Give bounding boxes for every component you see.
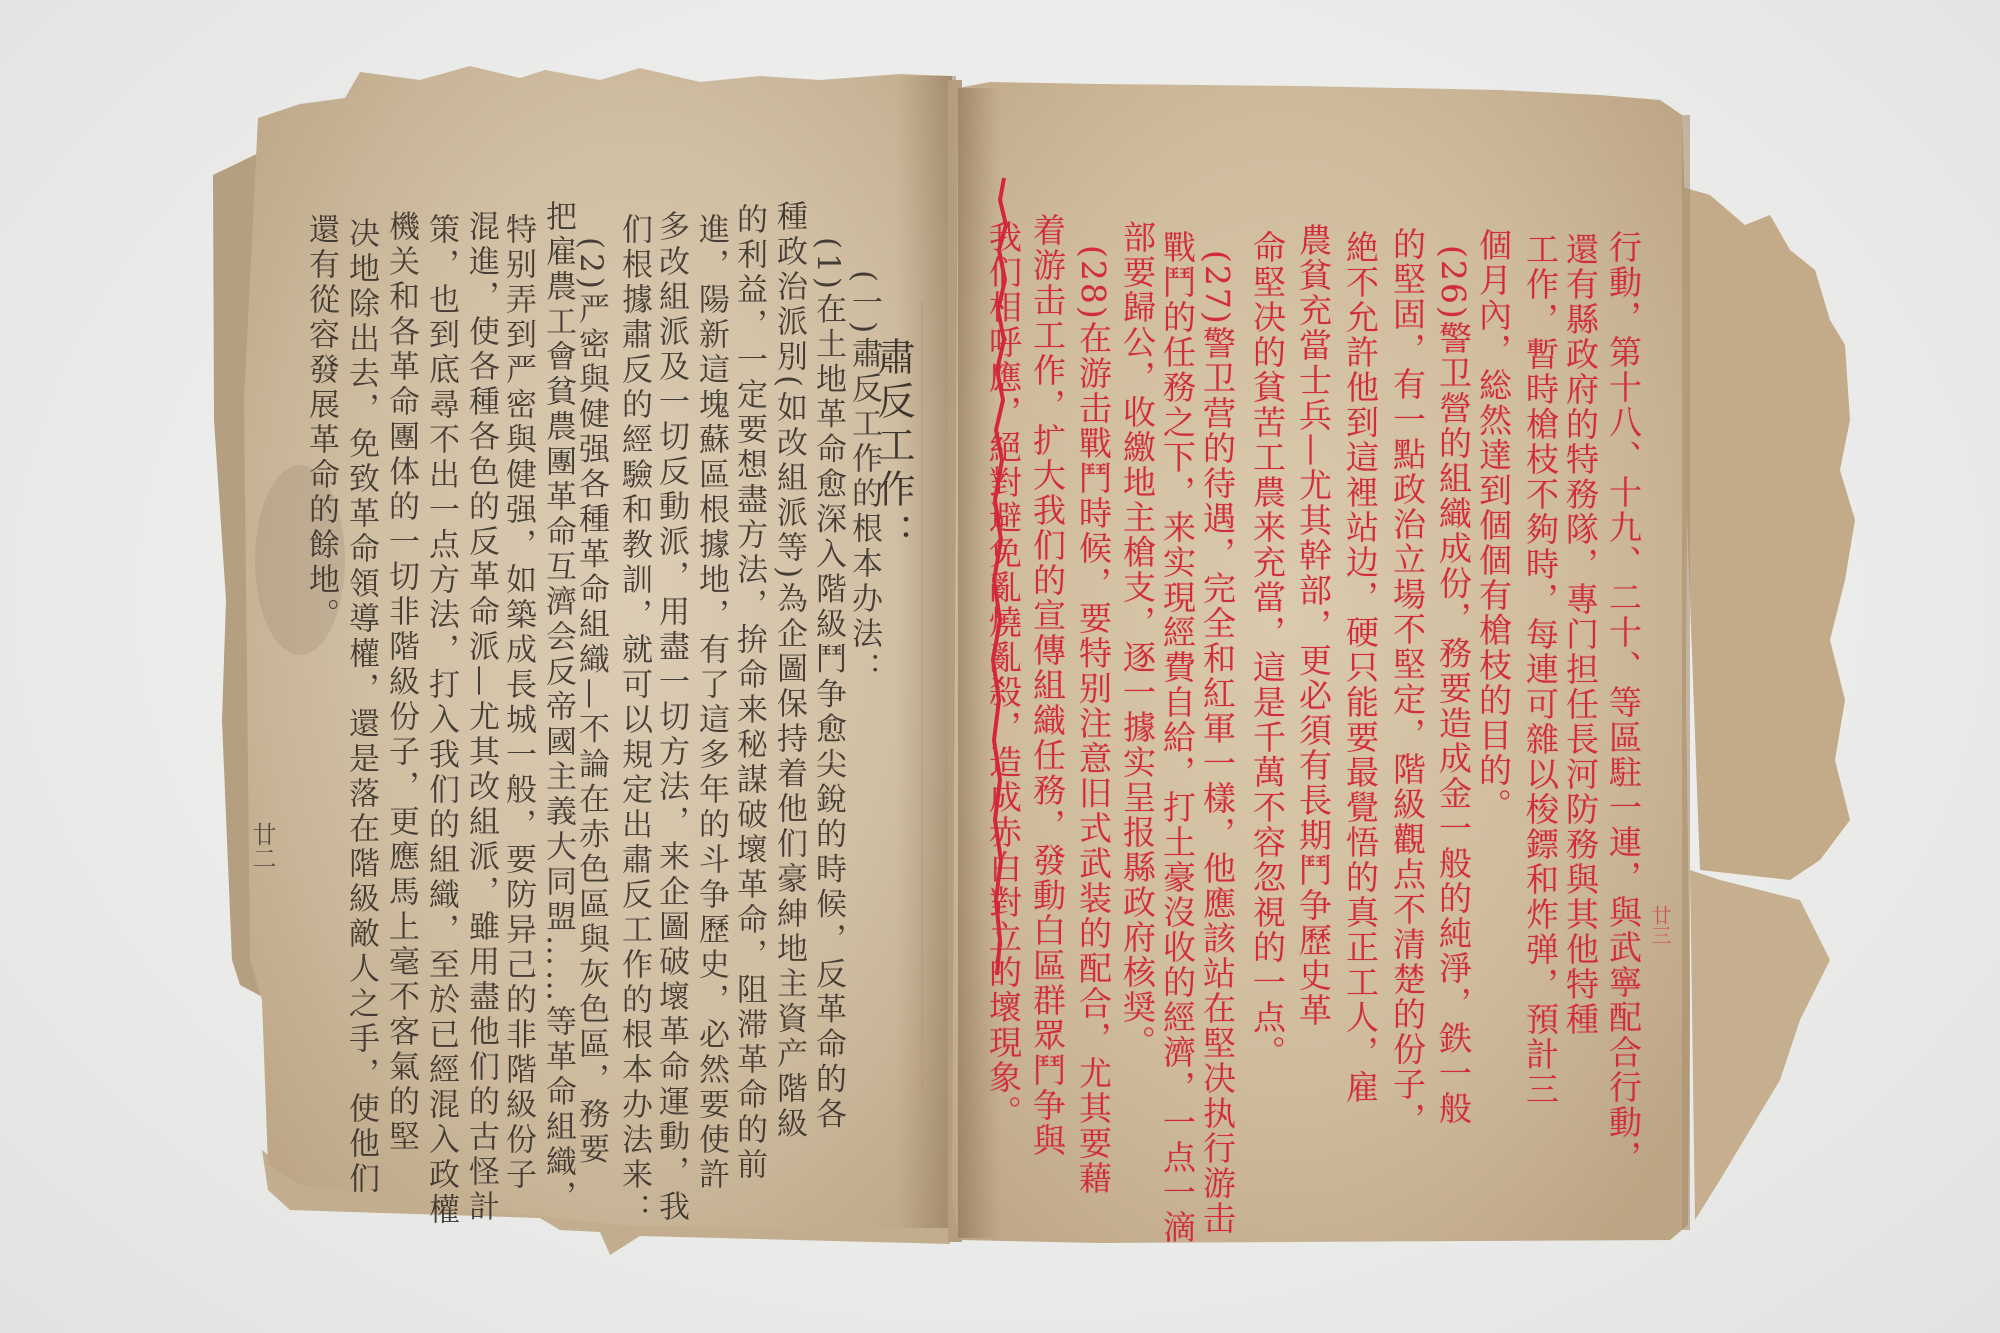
right-text-column: 行動，第十八、十九、二十、等區駐一連，與武寧配合行動， — [1607, 230, 1640, 1175]
torn-page-lower — [1690, 870, 1830, 1220]
right-text-column: 農貧充當士兵—尤其幹部，更必須有長期鬥争歷史革 — [1297, 223, 1330, 1028]
right-text-column: 命堅决的貧苦工農来充當，這是千萬不容忽視的一点。 — [1251, 230, 1284, 1070]
left-text-column: 多改組派及一切反動派，用盡一切方法，来企圖破壞革命運動，我 — [655, 210, 686, 1225]
right-text-column: 還有縣政府的特務隊，專门担任長河防務與其他特種 — [1564, 232, 1597, 1037]
left-text-column: 種政治派別(如改組派等)為企圖保持着他们豪紳地主資产階級 — [773, 200, 804, 1142]
photo-background: 肅反工作： (一)肅反工作的根本办法： (1)在土地革命愈深入階級鬥争愈尖銳的時… — [0, 0, 2000, 1333]
left-text-column: (2)严密與健强各種革命組織—不論在赤色區與灰色區，務要 — [575, 237, 606, 1168]
left-text-column: 進，陽新這塊蘇區根據地，有了這多年的斗争歷史，必然要使許 — [695, 213, 726, 1193]
left-text-column: 把雇農工會貧農團革命互濟会反帝國主義大同盟……等革命組織， — [542, 200, 573, 1215]
right-page-edge — [1682, 115, 1690, 1230]
right-page-number: 廿三 — [1650, 905, 1670, 945]
right-text-column: (26)警卫營的組織成份，務要造成金一般的純淨，鉄一般 — [1437, 245, 1470, 1126]
right-text-column: (28)在游击戰鬥時候，要特别注意旧式武装的配合，尤其要藉 — [1077, 245, 1110, 1196]
left-text-column: 们根據肅反的經驗和教訓，就可以規定出肅反工作的根本办法来： — [618, 213, 649, 1228]
section-subheading: (一)肅反工作的根本办法： — [848, 270, 879, 687]
right-text-column: 部要歸公，收繳地主槍支，逐一據实呈报縣政府核奨。 — [1121, 220, 1154, 1060]
right-text-column: 我们相呼應，絕對避免亂燒亂殺，造成赤白對立的壞現象。 — [987, 220, 1020, 1130]
left-text-column: 策，也到底尋不出一点方法，打入我们的組織，至於已經混入政權 — [425, 213, 456, 1228]
right-text-column: 絶不允許他到這裡站边，硬只能要最覺悟的真正工人，雇 — [1344, 230, 1377, 1105]
left-page-number: 廿二 — [250, 822, 274, 870]
right-text-column: 戰鬥的任務之下，来实現經費自給，打土豪沒收的經濟，一点一滴 — [1161, 230, 1194, 1245]
right-text-column: 工作，暫時槍枝不夠時，每連可雜以梭鏢和炸弹，預計三 — [1524, 232, 1557, 1107]
left-text-column: (1)在土地革命愈深入階級鬥争愈尖銳的時候，反革命的各 — [812, 237, 843, 1133]
left-text-column: 機关和各革命團体的一切非階級份子，更應馬上毫不客氣的堅 — [385, 210, 416, 1155]
right-text-column: 個月內，総然達到個個有槍枝的目的。 — [1477, 228, 1510, 823]
left-text-column: 還有從容發展革命的餘地。 — [305, 213, 336, 633]
left-text-column: 特别弄到严密與健强，如築成長城一般，要防异己的非階級份子 — [502, 213, 533, 1193]
right-text-column: (27)警卫营的待遇，完全和紅軍一樣，他應該站在堅决执行游击 — [1201, 250, 1234, 1236]
torn-page-upper — [1675, 185, 1855, 880]
right-text-column: 着游击工作，扩大我们的宣傳組織任務，發動白區群眾鬥争與 — [1031, 213, 1064, 1158]
right-text-column: 的堅固，有一點政治立場不堅定，階級觀点不清楚的份子， — [1391, 227, 1424, 1137]
left-text-column: 的利益，一定要想盡方法，拚命来秘謀破壞革命，阻滞革命的前 — [733, 203, 764, 1183]
left-gutter-shadow — [896, 76, 956, 1228]
left-text-column: 混進，使各種各色的反革命派—尤其改組派，雖用盡他们的古怪計 — [465, 210, 496, 1225]
left-text-column: 决地除出去，免致革命領導權，還是落在階級敵人之手，使他们 — [345, 217, 376, 1197]
